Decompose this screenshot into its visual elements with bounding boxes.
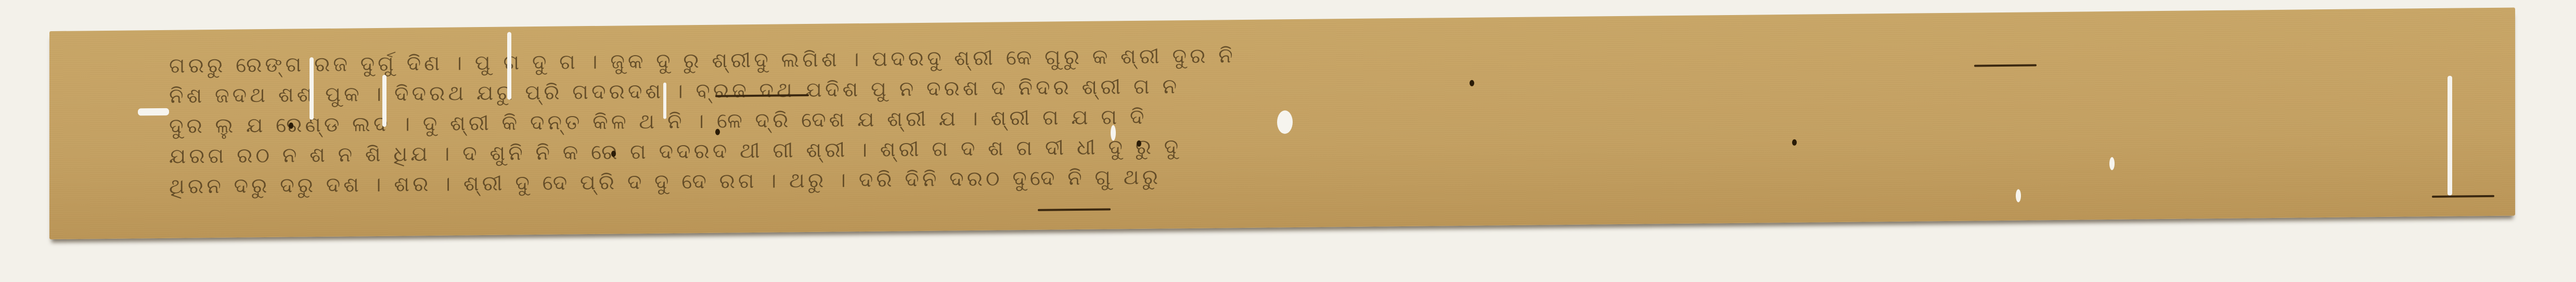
worm-hole: [382, 75, 387, 127]
worm-hole: [507, 32, 511, 99]
worm-hole: [310, 57, 314, 120]
pin-hole: [715, 129, 720, 135]
worm-hole: [1111, 125, 1116, 140]
worm-hole: [663, 83, 666, 119]
worm-hole: [2448, 76, 2452, 196]
pin-hole: [611, 151, 616, 157]
palm-leaf-manuscript: ଗରରୁ ରେଙ୍ଗ ରଜ ଦୁର୍ଗୁ ଦିଣ । ପୁ ଗ ଦୁ ଗ । ଜ…: [49, 7, 2515, 239]
pin-hole: [1470, 80, 1474, 86]
string-hole: [1277, 110, 1293, 134]
worm-hole: [138, 108, 169, 116]
worm-hole: [2016, 189, 2021, 202]
worm-hole: [2109, 157, 2115, 170]
pin-hole: [1137, 140, 1141, 147]
pin-hole: [289, 122, 293, 129]
pin-hole: [1792, 139, 1797, 146]
